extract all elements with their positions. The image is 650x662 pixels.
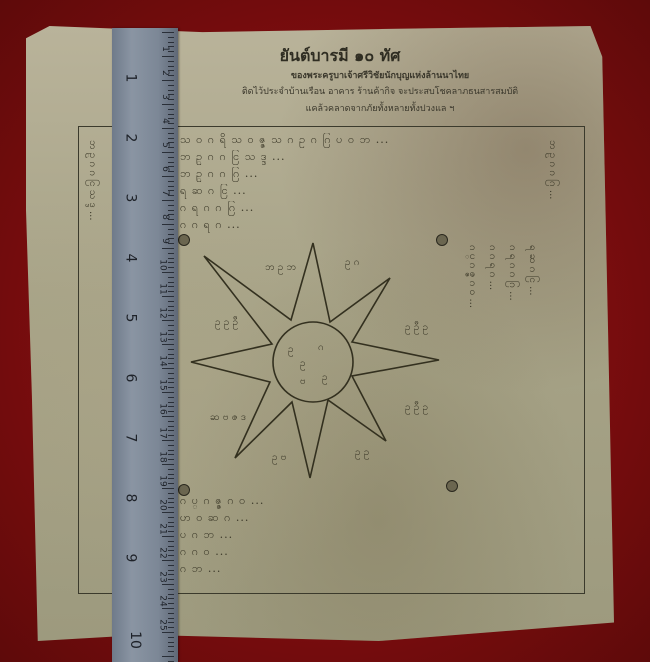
ruler-tick xyxy=(162,464,174,465)
ruler-tick xyxy=(168,123,174,124)
ruler-tick xyxy=(168,315,174,316)
ruler-tick xyxy=(162,608,174,609)
ruler-tick xyxy=(168,474,174,475)
ruler-tick xyxy=(168,310,174,311)
ruler-tick xyxy=(168,507,174,508)
ruler-tick xyxy=(168,330,174,331)
ruler-tick xyxy=(168,498,174,499)
svg-text:ဥ ဥ ဦ: ဥ ဥ ဦ xyxy=(215,315,238,330)
ruler-cm-mark: 25 xyxy=(157,619,167,630)
corner-dot-icon xyxy=(178,484,190,496)
ruler-tick xyxy=(168,618,174,619)
ruler-tick xyxy=(168,99,174,100)
ruler-inch-mark: 8 xyxy=(122,494,138,503)
ruler-tick xyxy=(168,195,174,196)
ruler-tick xyxy=(168,430,174,431)
ruler-cm-mark: 14 xyxy=(157,355,167,366)
ruler-tick xyxy=(168,426,174,427)
ruler-tick xyxy=(168,459,174,460)
svg-text:ဗ: ဗ xyxy=(300,376,306,387)
ruler-tick xyxy=(168,421,174,422)
ruler-tick xyxy=(162,128,174,129)
ruler-tick xyxy=(162,200,174,201)
ruler-cm-mark: 10 xyxy=(157,259,167,270)
svg-text:ဥ: ဥ xyxy=(288,344,294,357)
ruler-tick xyxy=(168,219,174,220)
ruler-tick xyxy=(162,80,174,81)
ruler-inch-mark: 6 xyxy=(122,374,138,383)
svg-text:ဥ ဦ ဥ: ဥ ဦ ဥ xyxy=(405,320,428,335)
ruler-tick xyxy=(168,66,174,67)
ruler-tick xyxy=(168,291,174,292)
ruler-inch-mark: 5 xyxy=(122,314,138,323)
corner-dot-icon xyxy=(446,480,458,492)
ruler-cm-mark: 20 xyxy=(157,499,167,510)
svg-text:ဥ ဗ: ဥ ဗ xyxy=(272,452,286,465)
ruler-tick xyxy=(162,296,174,297)
ruler-tick xyxy=(162,488,174,489)
ruler-tick xyxy=(162,176,174,177)
corner-dot-icon xyxy=(178,234,190,246)
ruler-inch-mark: 10 xyxy=(127,631,143,649)
ruler-tick xyxy=(168,570,174,571)
ruler-tick xyxy=(168,90,174,91)
ruler-cm-mark: 12 xyxy=(157,307,167,318)
ruler-tick xyxy=(168,186,174,187)
ruler-tick xyxy=(168,75,174,76)
ruler-cm-mark: 23 xyxy=(157,571,167,582)
ruler-tick xyxy=(168,406,174,407)
ruler-tick xyxy=(168,450,174,451)
ruler-tick xyxy=(168,402,174,403)
ruler-tick xyxy=(168,181,174,182)
ruler-tick xyxy=(162,536,174,537)
svg-text:ဘ ဥ ဘ: ဘ ဥ ဘ xyxy=(265,262,296,275)
ruler-tick xyxy=(162,56,174,57)
svg-text:ဆ ဗ ဇ ဒ: ဆ ဗ ဇ ဒ xyxy=(210,412,246,423)
ruler-tick xyxy=(168,555,174,556)
ruler-inch-mark: 3 xyxy=(122,194,138,203)
ruler-tick xyxy=(168,147,174,148)
ruler-tick xyxy=(168,118,174,119)
ruler-tick xyxy=(168,373,174,374)
ruler-tick xyxy=(168,282,174,283)
ruler-inch-mark: 9 xyxy=(122,554,138,563)
ruler-tick xyxy=(168,258,174,259)
ruler-tick xyxy=(168,157,174,158)
steel-ruler: 1 2 3 4 5 6 7 8 9 10 1 2 3 4 5 6 7 8 9 1… xyxy=(112,28,178,662)
ruler-tick xyxy=(168,382,174,383)
svg-text:ဂ: ဂ xyxy=(318,342,324,353)
ruler-tick xyxy=(168,627,174,628)
ruler-cm-mark: 16 xyxy=(157,403,167,414)
ruler-tick xyxy=(162,392,174,393)
ruler-tick xyxy=(168,349,174,350)
ruler-tick xyxy=(168,190,174,191)
ruler-tick xyxy=(168,70,174,71)
ruler-cm-mark: 17 xyxy=(157,427,167,438)
ruler-tick xyxy=(168,493,174,494)
ruler-tick xyxy=(168,598,174,599)
ruler-tick xyxy=(168,205,174,206)
ruler-tick xyxy=(168,138,174,139)
ruler-tick xyxy=(168,109,174,110)
ruler-tick xyxy=(168,334,174,335)
ruler-tick xyxy=(168,243,174,244)
ruler-tick xyxy=(168,411,174,412)
ruler-tick xyxy=(162,632,174,633)
ruler-cm-mark: 18 xyxy=(157,451,167,462)
ruler-tick xyxy=(168,301,174,302)
ruler-tick xyxy=(168,565,174,566)
ruler-tick xyxy=(162,320,174,321)
ruler-tick xyxy=(168,397,174,398)
ruler-tick xyxy=(168,574,174,575)
ruler-tick xyxy=(162,512,174,513)
ruler-tick xyxy=(168,469,174,470)
ruler-tick xyxy=(168,637,174,638)
ruler-tick xyxy=(168,286,174,287)
ruler-tick xyxy=(162,584,174,585)
ruler-tick xyxy=(168,502,174,503)
ruler-tick xyxy=(168,142,174,143)
ruler-tick xyxy=(168,51,174,52)
ruler-cm-mark: 13 xyxy=(157,331,167,342)
ruler-tick xyxy=(168,133,174,134)
ruler-cm-mark: 21 xyxy=(157,523,167,534)
ruler-tick xyxy=(168,162,174,163)
ten-pointed-star-icon: ဥ ဥ ဂ ဗ ဥ ဥ ဥ ဦ ဆ ဗ ဇ ဒ ဥ ဦ ဥ ဥ ဦ ဥ ဘ ဥ … xyxy=(0,0,650,662)
ruler-tick xyxy=(168,171,174,172)
ruler-tick xyxy=(162,272,174,273)
ruler-inch-mark: 2 xyxy=(122,134,138,143)
ruler-tick xyxy=(168,546,174,547)
ruler-cm-mark: 19 xyxy=(157,475,167,486)
ruler-tick xyxy=(168,651,174,652)
ruler-tick xyxy=(168,378,174,379)
ruler-tick xyxy=(168,94,174,95)
ruler-tick xyxy=(168,214,174,215)
ruler-tick xyxy=(168,478,174,479)
ruler-tick xyxy=(168,358,174,359)
svg-text:ဥ ဦ ဥ: ဥ ဦ ဥ xyxy=(405,400,428,415)
ruler-tick xyxy=(168,522,174,523)
svg-text:ဥ ဥ: ဥ ဥ xyxy=(355,447,369,460)
ruler-inch-mark: 7 xyxy=(122,434,138,443)
ruler-tick xyxy=(162,224,174,225)
ruler-tick xyxy=(162,152,174,153)
ruler-tick xyxy=(162,560,174,561)
ruler-tick xyxy=(168,622,174,623)
ruler-tick xyxy=(168,61,174,62)
ruler-tick xyxy=(162,440,174,441)
ruler-tick xyxy=(162,416,174,417)
ruler-tick xyxy=(168,483,174,484)
ruler-tick xyxy=(168,339,174,340)
ruler-tick xyxy=(168,363,174,364)
ruler-tick xyxy=(168,642,174,643)
ruler-tick xyxy=(162,344,174,345)
ruler-tick xyxy=(168,603,174,604)
ruler-tick xyxy=(168,531,174,532)
ruler-tick xyxy=(168,85,174,86)
ruler-inch-mark: 4 xyxy=(122,254,138,263)
ruler-cm-mark: 15 xyxy=(157,379,167,390)
ruler-cm-mark: 24 xyxy=(157,595,167,606)
ruler-tick xyxy=(168,517,174,518)
ruler-tick xyxy=(168,210,174,211)
ruler-tick xyxy=(168,42,174,43)
ruler-tick xyxy=(168,234,174,235)
svg-text:ဥ ဂ: ဥ ဂ xyxy=(345,257,359,270)
ruler-tick xyxy=(162,32,174,33)
ruler-tick xyxy=(162,656,174,657)
ruler-tick xyxy=(168,229,174,230)
ruler-tick xyxy=(168,325,174,326)
ruler-tick xyxy=(168,277,174,278)
ruler-tick xyxy=(168,594,174,595)
ruler-cm-mark: 22 xyxy=(157,547,167,558)
ruler-tick xyxy=(168,262,174,263)
ruler-tick xyxy=(168,387,174,388)
ruler-tick xyxy=(168,166,174,167)
ruler-tick xyxy=(168,445,174,446)
ruler-tick xyxy=(168,579,174,580)
ruler-inch-mark: 1 xyxy=(122,74,138,83)
ruler-tick xyxy=(168,37,174,38)
ruler-tick xyxy=(168,238,174,239)
ruler-tick xyxy=(168,550,174,551)
ruler-tick xyxy=(168,253,174,254)
svg-text:ဥ: ဥ xyxy=(322,372,328,385)
ruler-tick xyxy=(162,248,174,249)
ruler-tick xyxy=(168,454,174,455)
ruler-tick xyxy=(162,104,174,105)
ruler-tick xyxy=(168,306,174,307)
ruler-tick xyxy=(168,646,174,647)
ruler-tick xyxy=(168,46,174,47)
ruler-tick xyxy=(168,526,174,527)
ruler-tick xyxy=(168,435,174,436)
ruler-tick xyxy=(168,354,174,355)
ruler-cm-mark: 11 xyxy=(157,283,167,294)
svg-text:ဥ: ဥ xyxy=(300,358,306,371)
ruler-tick xyxy=(162,368,174,369)
ruler-tick xyxy=(168,613,174,614)
ruler-tick xyxy=(168,589,174,590)
corner-dot-icon xyxy=(436,234,448,246)
ruler-tick xyxy=(168,114,174,115)
ruler-tick xyxy=(168,541,174,542)
ruler-tick xyxy=(168,267,174,268)
